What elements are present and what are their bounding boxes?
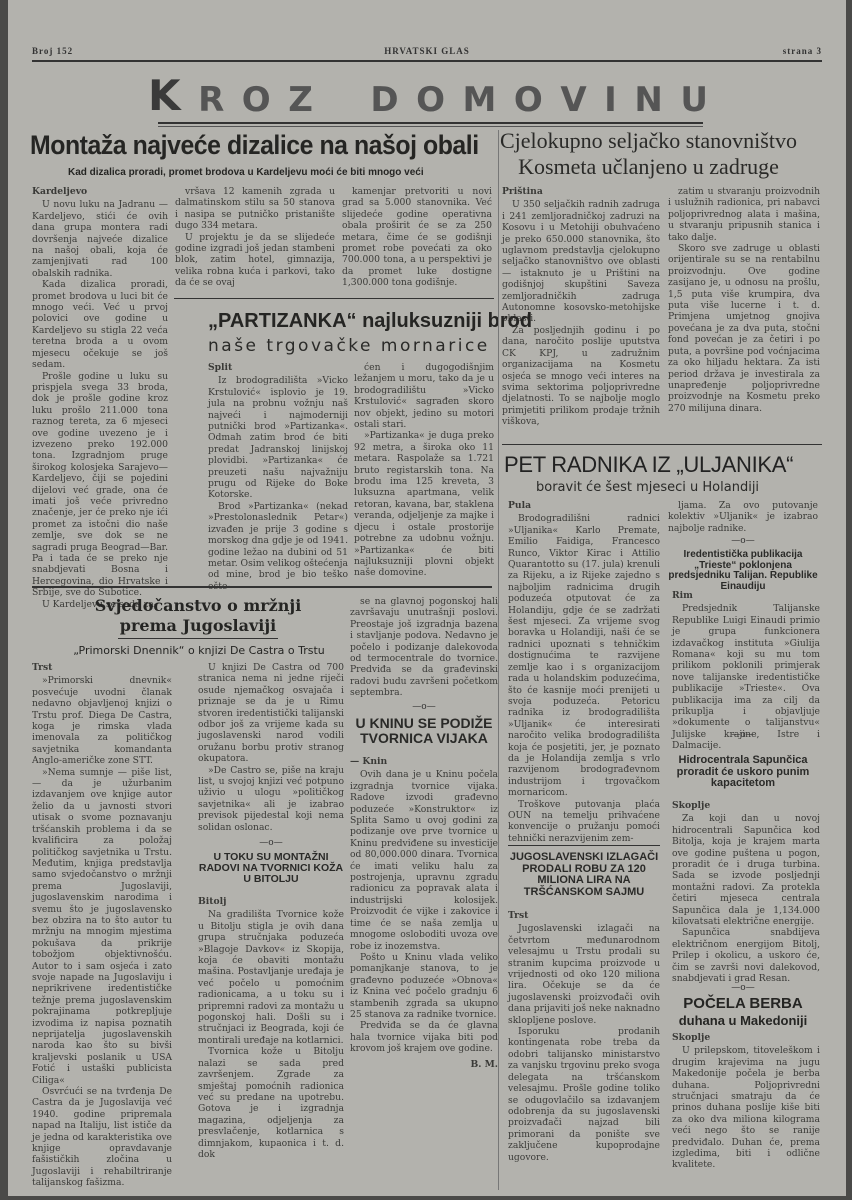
- article-body: U prilepskom, titoveleškom i drugim kraj…: [672, 1045, 820, 1170]
- dateline: — Knin: [350, 756, 498, 767]
- hatred-subhead: „Primorski Dnennik“ o knjizi De Castra o…: [44, 644, 354, 657]
- paragraph: Sapunčica snabdijeva električnom energij…: [672, 927, 820, 984]
- article-body: Brodogradilišni radnici »Uljanika« Karlo…: [508, 513, 660, 844]
- paragraph: Pošto u Kninu vlada veliko pomanjkanje s…: [350, 952, 498, 1020]
- dateline: Skoplje: [672, 1032, 820, 1043]
- paragraph: »De Castro se, piše na kraju list, u svo…: [198, 765, 344, 833]
- paragraph: Ovih dana je u Kninu počela izgradnja tv…: [350, 769, 498, 952]
- divider: [174, 298, 494, 299]
- paragraph: Za koji dan u novoj hidrocentrali Sapunč…: [672, 813, 820, 927]
- dateline: Trst: [32, 662, 172, 673]
- article-body: Iz brodogradilišta »Vicko Krstulović« is…: [208, 375, 348, 592]
- paragraph: Troškove putovanja plaća OUN na temelju …: [508, 799, 660, 845]
- paragraph: U projektu je da se slijedeće godine izg…: [175, 232, 335, 289]
- partizanka-headline: „PARTIZANKA“ najluksuzniji brod: [208, 310, 532, 333]
- hatred-headline: Svjedočanstvo o mržnji prema Jugoslaviji: [48, 596, 348, 636]
- masthead-letter: O: [416, 80, 445, 120]
- paragraph: Isporuku prodanih kontingenata robe treb…: [508, 1026, 660, 1163]
- dateline: Pula: [508, 500, 660, 511]
- uljanik-column-2: ljama. Za ovo putovanje kolektiv »Uljani…: [668, 500, 818, 534]
- masthead-letter: M: [463, 80, 497, 120]
- headline-line: prema Jugoslaviji: [48, 616, 348, 636]
- dateline: Skoplje: [672, 800, 820, 811]
- divider: [508, 845, 660, 846]
- paragraph: »Partizanka« je duga preko 92 metra, a š…: [354, 430, 494, 578]
- dateline: Rim: [672, 590, 820, 601]
- uljanik-column-1: Pula Brodogradilišni radnici »Uljanika« …: [508, 500, 660, 844]
- partizanka-column-1: Split Iz brodogradilišta »Vicko Krstulov…: [208, 362, 348, 592]
- fair-article: Trst Jugoslavenski izlagači na četvrtom …: [508, 910, 660, 1163]
- paragraph: Za posljednjih godinu i po dana, naročit…: [502, 325, 660, 428]
- paragraph: se na glavnoj pogonskoj hali završavaju …: [350, 596, 498, 699]
- masthead-letter: K: [148, 71, 181, 120]
- paragraph: Kada dizalica proradi, promet brodova u …: [32, 279, 168, 370]
- masthead-letter: Z: [288, 80, 313, 120]
- masthead-letter: N: [634, 80, 662, 120]
- partizanka-column-2: ćen i dugogodišnjim ležanjem u moru, tak…: [354, 362, 494, 579]
- tobacco-article: Skoplje U prilepskom, titoveleškom i dru…: [672, 1032, 820, 1171]
- article-body: »Primorski dnevnik« posvećuje uvodni čla…: [32, 675, 172, 1188]
- dateline: Bitolj: [198, 896, 344, 907]
- masthead-rule: [158, 126, 703, 127]
- partizanka-subhead: naše trgovačke mornarice: [208, 336, 490, 356]
- headline-line: POČELA BERBA: [668, 995, 818, 1012]
- article-body: Na gradilišta Tvornice kože u Bitolju st…: [198, 909, 344, 1160]
- paragraph: Skoro sve zadruge u oblasti orijentirale…: [668, 243, 820, 414]
- hatred-column-1: Trst »Primorski dnevnik« posvećuje uvodn…: [32, 662, 172, 1189]
- article-body: Za koji dan u novoj hidrocentrali Sapunč…: [672, 813, 820, 984]
- sapuncica-headline: Hidrocentrala Sapunčica proradit će usko…: [668, 755, 818, 790]
- crane-headline: Montaža najveće dizalice na našoj obali: [30, 130, 479, 161]
- paragraph: Brodogradilišni radnici »Uljanika« Karlo…: [508, 513, 660, 798]
- masthead-letter: U: [680, 80, 708, 120]
- crane-subhead: Kad dizalica proradi, promet brodova u K…: [68, 167, 424, 178]
- headline-line: Svjedočanstvo o mržnji: [48, 596, 348, 616]
- trieste-article: Rim Predsjednik Talijanske Republike Lui…: [672, 590, 820, 752]
- separator: —o—: [668, 983, 818, 993]
- paragraph: »Primorski dnevnik« posvećuje uvodni čla…: [32, 675, 172, 766]
- separator: —o—: [350, 702, 498, 712]
- uljanik-subhead: boravit će šest mjeseci u Holandiji: [536, 480, 759, 495]
- section-masthead: K R O Z D O M O V I N U: [148, 80, 708, 120]
- bitolj-headline: U TOKU SU MONTAŽNI RADOVI NA TVORNICI KO…: [198, 852, 344, 885]
- crane-column-3: kamenjar pretvoriti u novi grad sa 5.000…: [342, 186, 492, 289]
- dateline: Priština: [502, 186, 660, 197]
- sapuncica-article: Skoplje Za koji dan u novoj hidrocentral…: [672, 800, 820, 985]
- kosmet-column-2: zatim u stvaranju proizvodnih i uslužnih…: [668, 186, 820, 414]
- article-body: U novu luku na Jadranu — Kardeljevo, sti…: [32, 199, 168, 610]
- dateline: Trst: [508, 910, 660, 921]
- paragraph: Iz brodogradilišta »Vicko Krstulović« is…: [208, 375, 348, 500]
- crane-column-2: vršava 12 kamenih zgrada u dalmatinskom …: [175, 186, 335, 289]
- paragraph: Tvornica kože u Bitolju nalazi se sada p…: [198, 1046, 344, 1160]
- kosmet-headline: Cjelokupno seljačko stanovništvo Kosmeta…: [500, 128, 797, 180]
- masthead-letter: R: [198, 80, 224, 120]
- paragraph: U 350 seljačkih radnih zadruga i 241 zem…: [502, 199, 660, 324]
- masthead-letter: I: [604, 80, 617, 120]
- divider: [502, 444, 822, 445]
- author-signature: B. M.: [350, 1059, 498, 1070]
- paragraph: Na gradilišta Tvornice kože u Bitolju st…: [198, 909, 344, 1046]
- masthead-letter: O: [514, 80, 543, 120]
- tobacco-headline: POČELA BERBA duhana u Makedoniji: [668, 995, 818, 1029]
- paragraph: U knjizi De Castra od 700 stranica nema …: [198, 662, 344, 765]
- article-body: Ovih dana je u Kninu počela izgradnja tv…: [350, 769, 498, 1054]
- separator: —o—: [668, 730, 818, 740]
- paragraph: ćen i dugogodišnjim ležanjem u moru, tak…: [354, 362, 494, 430]
- masthead-letter: D: [370, 80, 398, 120]
- paragraph: ljama. Za ovo putovanje kolektiv »Uljani…: [668, 500, 818, 534]
- paragraph: U novu luku na Jadranu — Kardeljevo, sti…: [32, 199, 168, 279]
- headline-line: duhana u Makedoniji: [668, 1012, 818, 1029]
- uljanik-headline: PET RADNIKA IZ „ULJANIKA“: [504, 452, 793, 478]
- masthead-letter: V: [560, 80, 586, 120]
- separator: —o—: [198, 838, 344, 848]
- knin-headline: U KNINU SE PODIŽE TVORNICA VIJAKA: [350, 716, 498, 745]
- paragraph: zatim u stvaranju proizvodnih i uslužnih…: [668, 186, 820, 243]
- paragraph: Osvrćući se na tvrđenja De Castra da je …: [32, 1086, 172, 1189]
- dateline: Kardeljevo: [32, 186, 168, 197]
- divider: [118, 638, 278, 639]
- headline-line: Cjelokupno seljačko stanovništvo: [500, 128, 797, 154]
- dateline: Split: [208, 362, 348, 373]
- bitolj-column-2: se na glavnoj pogonskoj hali završavaju …: [350, 596, 498, 699]
- paragraph: U prilepskom, titoveleškom i drugim kraj…: [672, 1045, 820, 1170]
- trieste-headline: Iredentistička publikacija „Trieste“ pok…: [668, 550, 818, 592]
- masthead-letter: O: [242, 80, 271, 120]
- paragraph: vršava 12 kamenih zgrada u dalmatinskom …: [175, 186, 335, 232]
- column-rule: [498, 130, 499, 1190]
- article-body: Jugoslavenski izlagači na četvrtom međun…: [508, 923, 660, 1163]
- bitolj-column-1: Bitolj Na gradilišta Tvornice kože u Bit…: [198, 896, 344, 1160]
- crane-column-1: Kardeljevo U novu luku na Jadranu — Kard…: [32, 186, 168, 610]
- paragraph: Jugoslavenski izlagači na četvrtom međun…: [508, 923, 660, 1026]
- kosmet-column-1: Priština U 350 seljačkih radnih zadruga …: [502, 186, 660, 428]
- newspaper-title: HRVATSKI GLAS: [8, 46, 846, 56]
- hatred-column-2: U knjizi De Castra od 700 stranica nema …: [198, 662, 344, 833]
- paragraph: »Nema sumnje — piše list, — da je užurba…: [32, 767, 172, 1086]
- header-rule: [32, 60, 822, 62]
- headline-line: Kosmeta učlanjeno u zadruge: [500, 154, 797, 180]
- masthead-rule: [158, 122, 703, 124]
- knin-article: — Knin Ovih dana je u Kninu počela izgra…: [350, 756, 498, 1070]
- newspaper-page: Broj 152 HRVATSKI GLAS strana 3 K R O Z …: [8, 0, 846, 1196]
- separator: —o—: [668, 536, 818, 546]
- paragraph: Brod »Partizanka« (nekad »Prestolonasled…: [208, 501, 348, 592]
- paragraph: Prošle godine u luku su prispjela svega …: [32, 371, 168, 599]
- paragraph: kamenjar pretvoriti u novi grad sa 5.000…: [342, 186, 492, 289]
- divider: [32, 586, 492, 588]
- page-number: strana 3: [783, 46, 822, 56]
- paragraph: Predviđa se da će glavna hala tvornice v…: [350, 1020, 498, 1054]
- fair-headline: JUGOSLAVENSKI IZLAGAČI PRODALI ROBU ZA 1…: [508, 852, 660, 898]
